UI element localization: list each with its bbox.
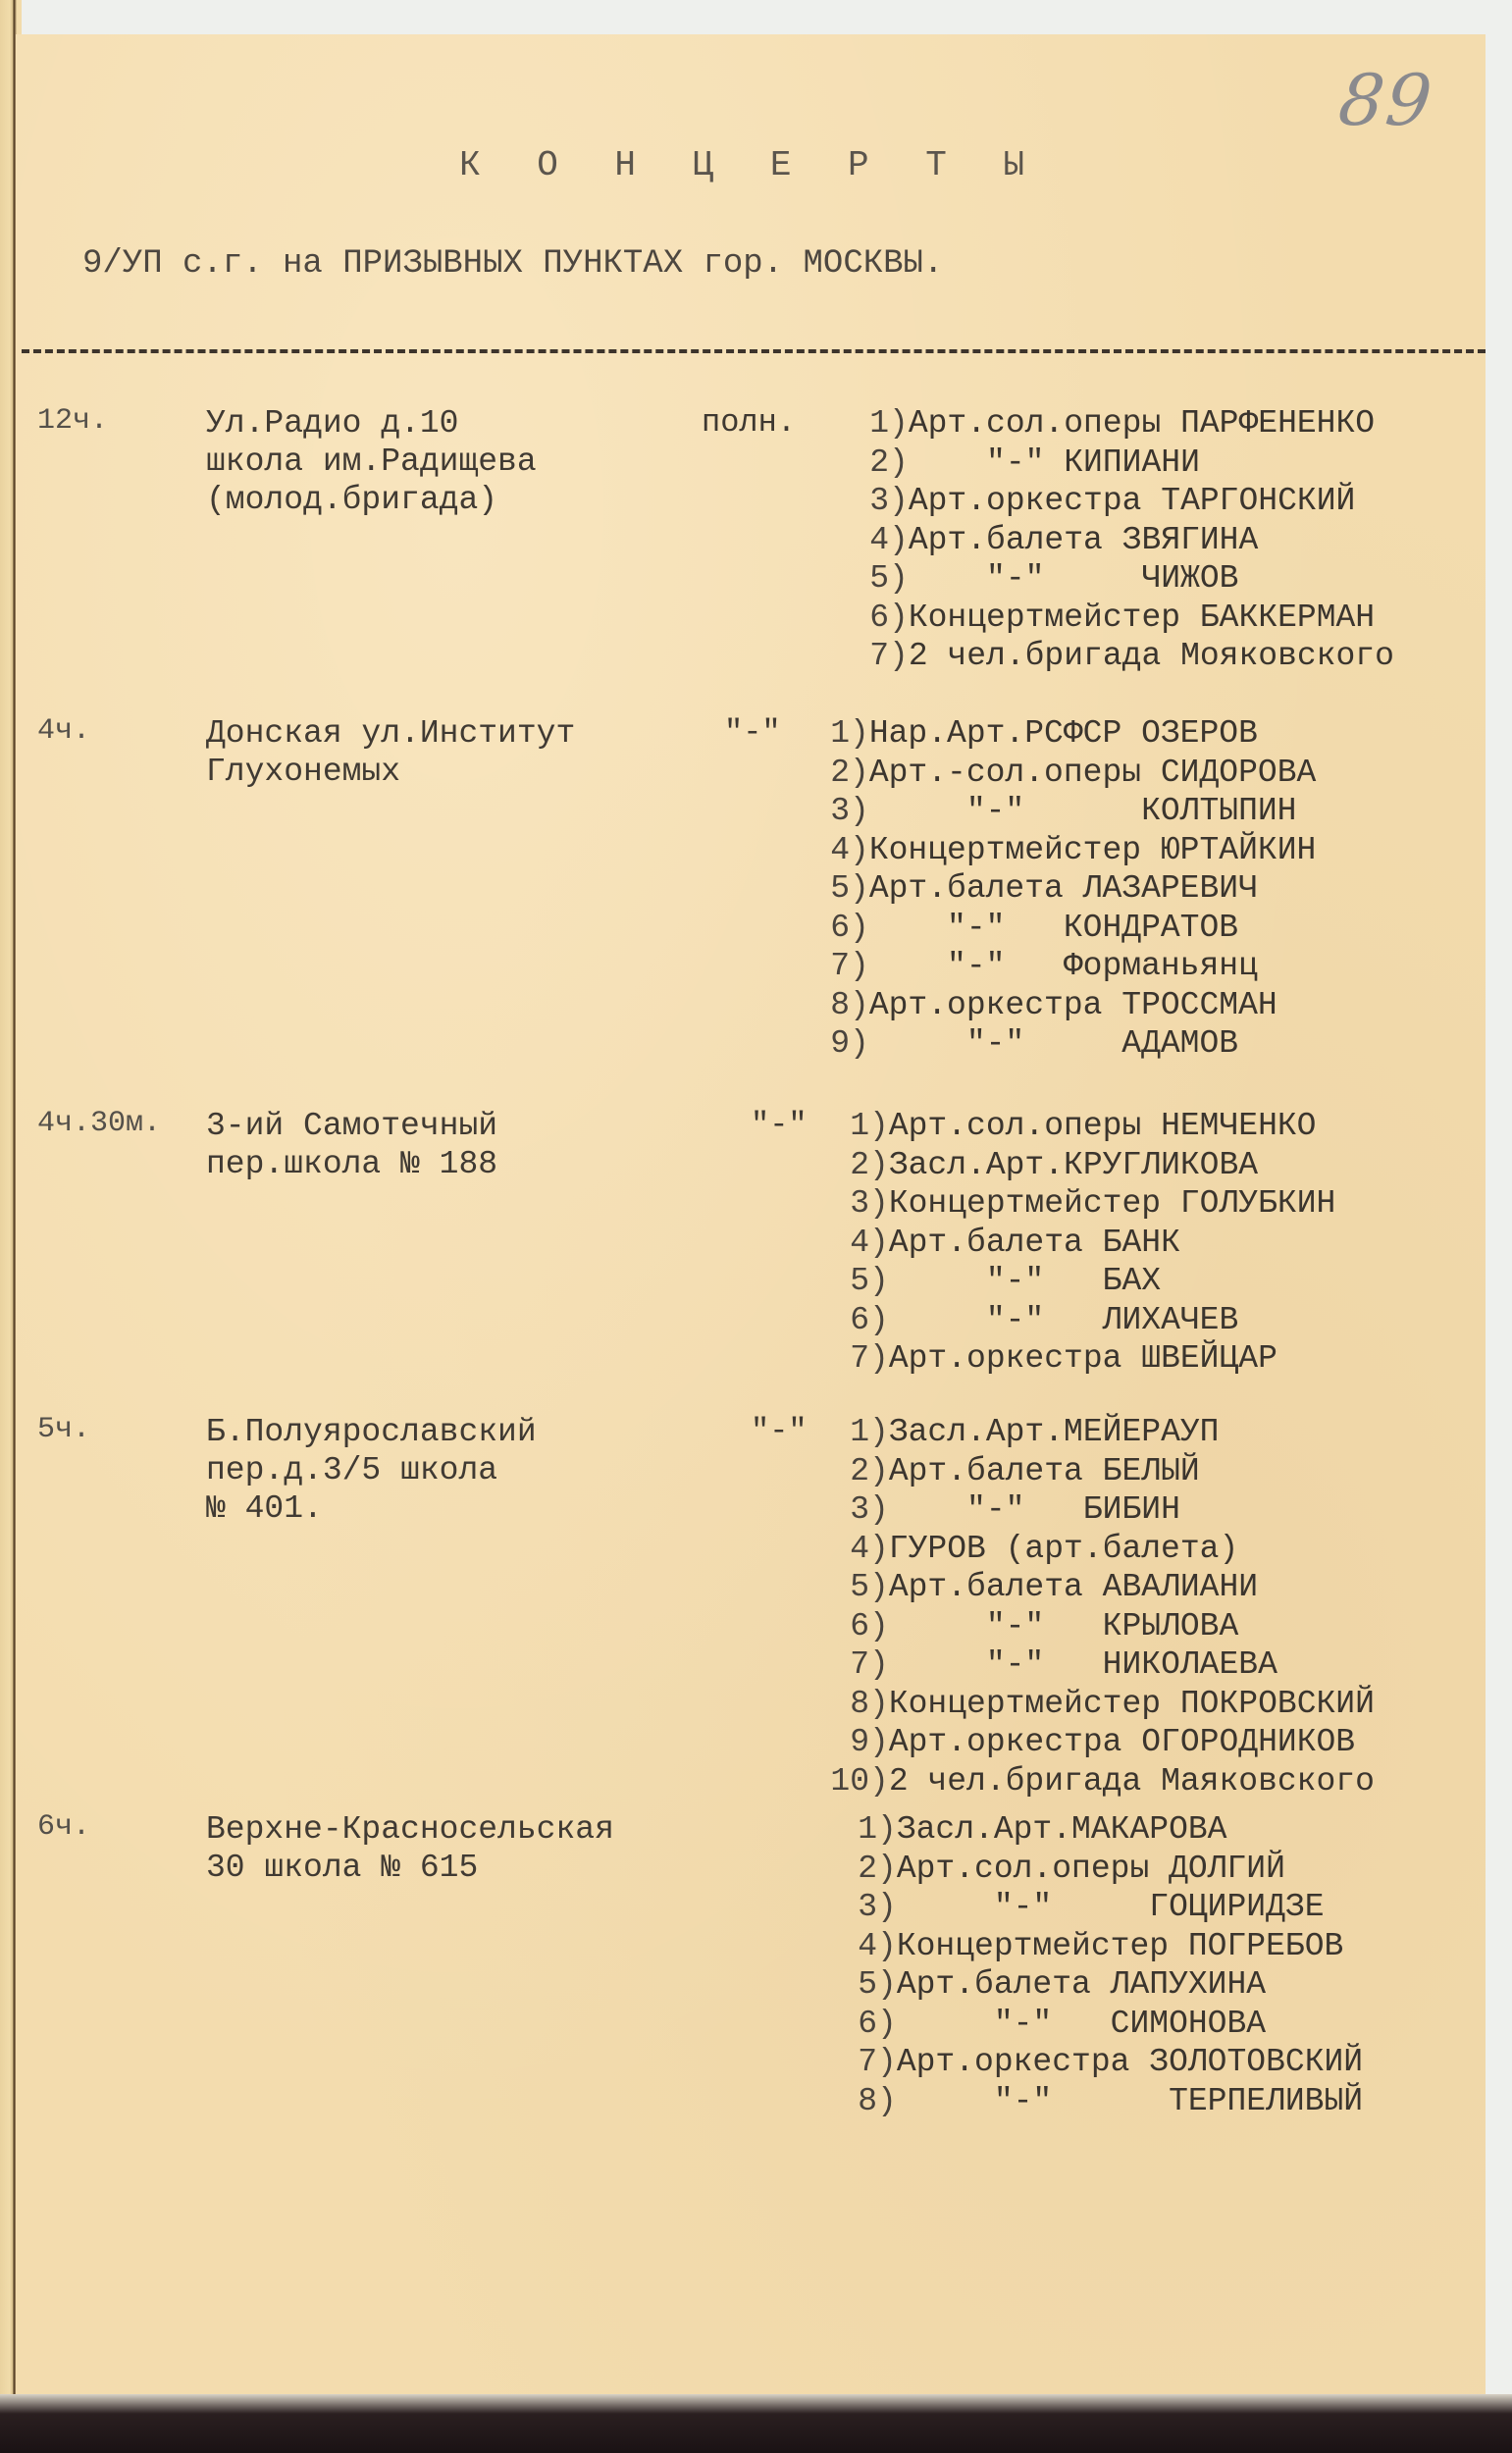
entry-number: 6 — [832, 2005, 877, 2044]
performer-role: Концертмейстер — [889, 1185, 1180, 1222]
performer-entry: 1)Засл.Арт.МАКАРОВА — [832, 1810, 1363, 1850]
concert-status: "-" — [751, 1107, 808, 1143]
performer-name: ЗВЯГИНА — [1122, 522, 1259, 558]
performer-entry: 7)2 чел.бригада Мояковского — [844, 637, 1394, 676]
concert-address: Ул.Радио д.10 школа им.Радищева (молод.б… — [206, 404, 537, 519]
performer-name: МЕЙЕРАУП — [1064, 1414, 1219, 1450]
performer-entry: 7)Арт.оркестра ШВЕЙЦАР — [824, 1339, 1335, 1379]
performer-list: 1)Засл.Арт.МАКАРОВА 2)Арт.сол.оперы ДОЛГ… — [832, 1810, 1363, 2120]
performer-name: ГУРОВ (арт.балета) — [889, 1531, 1238, 1567]
performer-name: БЕЛЫЙ — [1103, 1453, 1200, 1489]
performer-name: БАХ — [1103, 1263, 1161, 1299]
concert-status: "-" — [751, 1413, 808, 1449]
performer-name: АДАМОВ — [1121, 1025, 1238, 1062]
concert-status: "-" — [724, 714, 781, 751]
performer-entry: 9)Арт.оркестра ОГОРОДНИКОВ — [824, 1723, 1375, 1762]
performer-role: "-" — [869, 910, 1064, 946]
entry-number: 5 — [844, 559, 889, 599]
entry-number: 3 — [824, 1490, 869, 1530]
performer-entry: 2)Арт.-сол.оперы СИДОРОВА — [805, 754, 1316, 793]
performer-role: "-" — [889, 1491, 1083, 1528]
performer-name: СИМОНОВА — [1111, 2006, 1266, 2042]
performer-role: "-" — [889, 1608, 1103, 1644]
performer-role: 2 чел.бригада — [889, 1763, 1161, 1800]
performer-entry: 5)Арт.балета АВАЛИАНИ — [824, 1568, 1375, 1607]
performer-list: 1)Арт.сол.оперы ПАРФЕНЕНКО 2) "-" КИПИАН… — [844, 404, 1394, 676]
performer-role: Арт.балета — [889, 1453, 1103, 1489]
performer-entry: 1)Нар.Арт.РСФСР ОЗЕРОВ — [805, 714, 1316, 754]
performer-role: Засл.Арт. — [897, 1811, 1071, 1848]
entry-number: 5 — [805, 869, 850, 909]
address-line: пер.д.3/5 школа — [206, 1451, 537, 1489]
performer-name: ГОЛУБКИН — [1180, 1185, 1335, 1222]
performer-role: 2 чел.бригада — [909, 638, 1180, 674]
entry-number: 2 — [844, 444, 889, 483]
performer-role: Арт.сол.оперы — [897, 1851, 1169, 1887]
performer-entry: 4)Арт.балета БАНК — [824, 1224, 1335, 1263]
dashed-divider — [22, 349, 1486, 353]
page-number: 89 — [1335, 59, 1437, 141]
performer-entry: 9) "-" АДАМОВ — [805, 1024, 1316, 1064]
performer-role: Арт.оркестра — [897, 2044, 1149, 2080]
performer-name: КОНДРАТОВ — [1064, 910, 1238, 946]
performer-role: Концертмейстер — [909, 600, 1200, 636]
performer-name: КРУГЛИКОВА — [1064, 1147, 1258, 1183]
performer-entry: 3) "-" КОЛТЫПИН — [805, 792, 1316, 831]
performer-role: Концертмейстер — [897, 1928, 1188, 1964]
entry-number: 2 — [824, 1452, 869, 1491]
performer-entry: 6)Концертмейстер БАККЕРМАН — [844, 599, 1394, 638]
performer-role: "-" — [869, 948, 1064, 984]
performer-role: "-" — [889, 1302, 1103, 1338]
entry-number: 5 — [824, 1568, 869, 1607]
performer-name: БИБИН — [1083, 1491, 1180, 1528]
performer-list: 1)Арт.сол.оперы НЕМЧЕНКО 2)Засл.Арт.КРУГ… — [824, 1107, 1335, 1379]
entry-number: 8 — [805, 986, 850, 1025]
entry-number: 9 — [824, 1723, 869, 1762]
address-line: Донская ул.Институт — [206, 714, 575, 753]
entry-number: 1 — [832, 1810, 877, 1850]
performer-name: ГОЦИРИДЗЕ — [1149, 1889, 1324, 1925]
entry-number: 3 — [805, 792, 850, 831]
performer-name: НИКОЛАЕВА — [1103, 1646, 1277, 1683]
performer-name: БАККЕРМАН — [1200, 600, 1375, 636]
performer-entry: 3) "-" ГОЦИРИДЗЕ — [832, 1888, 1363, 1927]
entry-number: 9 — [805, 1024, 850, 1064]
entry-number: 4 — [824, 1224, 869, 1263]
entry-number: 2 — [832, 1850, 877, 1889]
performer-entry: 1)Арт.сол.оперы НЕМЧЕНКО — [824, 1107, 1335, 1146]
performer-role: "-" — [909, 444, 1064, 481]
performer-entry: 5) "-" ЧИЖОВ — [844, 559, 1394, 599]
performer-entry: 6) "-" СИМОНОВА — [832, 2005, 1363, 2044]
performer-name: ТЕРПЕЛИВЫЙ — [1169, 2083, 1363, 2119]
entry-number: 5 — [832, 1965, 877, 2005]
performer-name: ПАРФЕНЕНКО — [1180, 405, 1375, 442]
performer-name: Маяковского — [1161, 1763, 1375, 1800]
performer-name: НЕМЧЕНКО — [1161, 1108, 1316, 1144]
concert-address: Донская ул.Институт Глухонемых — [206, 714, 575, 791]
performer-entry: 8)Арт.оркестра ТРОССМАН — [805, 986, 1316, 1025]
performer-name: ЛАПУХИНА — [1111, 1966, 1266, 2003]
performer-role: Арт.сол.оперы — [889, 1108, 1161, 1144]
concert-address: Верхне-Красносельская 30 школа № 615 — [206, 1810, 614, 1887]
entry-number: 4 — [824, 1530, 869, 1569]
performer-list: 1)Нар.Арт.РСФСР ОЗЕРОВ 2)Арт.-сол.оперы … — [805, 714, 1316, 1064]
performer-entry: 2)Арт.балета БЕЛЫЙ — [824, 1452, 1375, 1491]
performer-entry: 7)Арт.оркестра ЗОЛОТОВСКИЙ — [832, 2043, 1363, 2082]
performer-entry: 6) "-" КРЫЛОВА — [824, 1607, 1375, 1646]
performer-role: "-" — [897, 2083, 1169, 2119]
entry-number: 4 — [844, 521, 889, 560]
performer-name: Мояковского — [1180, 638, 1394, 674]
performer-entry: 6) "-" КОНДРАТОВ — [805, 909, 1316, 948]
entry-number: 3 — [832, 1888, 877, 1927]
concert-time: 5ч. — [37, 1413, 90, 1446]
entry-number: 4 — [805, 831, 850, 870]
performer-name: МАКАРОВА — [1071, 1811, 1226, 1848]
entry-number: 3 — [844, 482, 889, 521]
performer-entry: 2) "-" КИПИАНИ — [844, 444, 1394, 483]
entry-number: 10 — [824, 1762, 869, 1801]
entry-number: 8 — [824, 1685, 869, 1724]
performer-name: ЛИХАЧЕВ — [1103, 1302, 1239, 1338]
concert-time: 4ч.30м. — [37, 1107, 161, 1140]
performer-role: Арт.балета — [889, 1225, 1103, 1261]
concert-address: 3-ий Самотечный пер.школа № 188 — [206, 1107, 497, 1183]
performer-role: Арт.сол.оперы — [909, 405, 1180, 442]
scan-background — [0, 2394, 1512, 2453]
performer-entry: 5)Арт.балета ЛАПУХИНА — [832, 1965, 1363, 2005]
performer-entry: 4)Концертмейстер ЮРТАЙКИН — [805, 831, 1316, 870]
concert-address: Б.Полуярославский пер.д.3/5 школа № 401. — [206, 1413, 537, 1528]
performer-entry: 3) "-" БИБИН — [824, 1490, 1375, 1530]
performer-role: Засл.Арт. — [889, 1414, 1064, 1450]
entry-number: 2 — [805, 754, 850, 793]
performer-entry: 4)ГУРОВ (арт.балета) — [824, 1530, 1375, 1569]
performer-role: "-" — [869, 1025, 1121, 1062]
performer-name: ЛАЗАРЕВИЧ — [1083, 870, 1258, 907]
entry-number: 7 — [832, 2043, 877, 2082]
performer-entry: 7) "-" Форманьянц — [805, 947, 1316, 986]
entry-number: 7 — [805, 947, 850, 986]
entry-number: 8 — [832, 2082, 877, 2121]
performer-entry: 6) "-" ЛИХАЧЕВ — [824, 1301, 1335, 1340]
address-line: пер.школа № 188 — [206, 1145, 497, 1183]
performer-role: Арт.балета — [909, 522, 1122, 558]
performer-role: "-" — [897, 1889, 1149, 1925]
address-line: № 401. — [206, 1489, 537, 1528]
performer-name: ЧИЖОВ — [1141, 560, 1238, 597]
performer-name: ТАРГОНСКИЙ — [1161, 483, 1355, 519]
performer-role: Концертмейстер — [869, 832, 1161, 868]
entry-number: 3 — [824, 1184, 869, 1224]
performer-name: ОГОРОДНИКОВ — [1141, 1724, 1355, 1760]
entry-number: 2 — [824, 1146, 869, 1185]
document-title: К О Н Ц Е Р Т Ы — [459, 145, 1042, 185]
performer-role: Засл.Арт. — [889, 1147, 1064, 1183]
performer-role: "-" — [889, 1263, 1103, 1299]
performer-name: ШВЕЙЦАР — [1141, 1340, 1277, 1377]
concert-time: 4ч. — [37, 714, 90, 748]
performer-entry: 4)Арт.балета ЗВЯГИНА — [844, 521, 1394, 560]
entry-number: 6 — [844, 599, 889, 638]
performer-entry: 10)2 чел.бригада Маяковского — [824, 1762, 1375, 1801]
performer-entry: 8)Концертмейстер ПОКРОВСКИЙ — [824, 1685, 1375, 1724]
performer-entry: 1)Арт.сол.оперы ПАРФЕНЕНКО — [844, 404, 1394, 444]
performer-entry: 7) "-" НИКОЛАЕВА — [824, 1645, 1375, 1685]
performer-role: Арт.-сол.оперы — [869, 755, 1161, 791]
concert-time: 12ч. — [37, 404, 108, 438]
performer-list: 1)Засл.Арт.МЕЙЕРАУП 2)Арт.балета БЕЛЫЙ 3… — [824, 1413, 1375, 1801]
entry-number: 7 — [824, 1645, 869, 1685]
address-line: Ул.Радио д.10 — [206, 404, 537, 443]
performer-entry: 3)Арт.оркестра ТАРГОНСКИЙ — [844, 482, 1394, 521]
performer-role: Концертмейстер — [889, 1686, 1180, 1722]
performer-name: КРЫЛОВА — [1103, 1608, 1239, 1644]
performer-role: Арт.балета — [897, 1966, 1111, 2003]
entry-number: 6 — [805, 909, 850, 948]
performer-role: Арт.оркестра — [909, 483, 1161, 519]
performer-role: Арт.оркестра — [869, 987, 1121, 1023]
entry-number: 7 — [844, 637, 889, 676]
address-line: 30 школа № 615 — [206, 1849, 614, 1887]
performer-name: ПОКРОВСКИЙ — [1180, 1686, 1375, 1722]
performer-name: АВАЛИАНИ — [1103, 1569, 1258, 1605]
entry-number: 1 — [824, 1413, 869, 1452]
address-line: школа им.Радищева — [206, 443, 537, 481]
performer-role: Арт.балета — [889, 1569, 1103, 1605]
address-line: (молод.бригада) — [206, 481, 537, 519]
performer-role: Арт.оркестра — [889, 1340, 1141, 1377]
performer-role: "-" — [909, 560, 1142, 597]
performer-role: "-" — [897, 2006, 1111, 2042]
entry-number: 1 — [844, 404, 889, 444]
performer-name: ПОГРЕБОВ — [1188, 1928, 1343, 1964]
performer-name: СИДОРОВА — [1161, 755, 1316, 791]
address-line: Верхне-Красносельская — [206, 1810, 614, 1849]
performer-name: ДОЛГИЙ — [1169, 1851, 1285, 1887]
performer-entry: 2)Арт.сол.оперы ДОЛГИЙ — [832, 1850, 1363, 1889]
entry-number: 5 — [824, 1262, 869, 1301]
performer-entry: 4)Концертмейстер ПОГРЕБОВ — [832, 1927, 1363, 1966]
address-line: Б.Полуярославский — [206, 1413, 537, 1451]
entry-number: 6 — [824, 1301, 869, 1340]
concert-time: 6ч. — [37, 1810, 90, 1844]
performer-role: Нар.Арт.РСФСР — [869, 715, 1141, 752]
performer-entry: 2)Засл.Арт.КРУГЛИКОВА — [824, 1146, 1335, 1185]
performer-role: "-" — [869, 793, 1141, 829]
performer-name: БАНК — [1103, 1225, 1180, 1261]
concert-status: полн. — [702, 404, 796, 441]
performer-name: Форманьянц — [1064, 948, 1258, 984]
performer-name: КИПИАНИ — [1064, 444, 1200, 481]
performer-entry: 8) "-" ТЕРПЕЛИВЫЙ — [832, 2082, 1363, 2121]
address-line: Глухонемых — [206, 753, 575, 791]
performer-entry: 1)Засл.Арт.МЕЙЕРАУП — [824, 1413, 1375, 1452]
entry-number: 1 — [824, 1107, 869, 1146]
performer-name: ЗОЛОТОВСКИЙ — [1149, 2044, 1363, 2080]
performer-name: ЮРТАЙКИН — [1161, 832, 1316, 868]
performer-name: ТРОССМАН — [1121, 987, 1277, 1023]
entry-number: 6 — [824, 1607, 869, 1646]
performer-entry: 5) "-" БАХ — [824, 1262, 1335, 1301]
entry-number: 7 — [824, 1339, 869, 1379]
entry-number: 1 — [805, 714, 850, 754]
address-line: 3-ий Самотечный — [206, 1107, 497, 1145]
document-subtitle: 9/УП с.г. на ПРИЗЫВНЫХ ПУНКТАХ гор. МОСК… — [82, 245, 943, 283]
performer-role: Арт.оркестра — [889, 1724, 1141, 1760]
performer-entry: 3)Концертмейстер ГОЛУБКИН — [824, 1184, 1335, 1224]
performer-role: Арт.балета — [869, 870, 1083, 907]
performer-entry: 5)Арт.балета ЛАЗАРЕВИЧ — [805, 869, 1316, 909]
performer-name: ОЗЕРОВ — [1141, 715, 1258, 752]
performer-name: КОЛТЫПИН — [1141, 793, 1296, 829]
entry-number: 4 — [832, 1927, 877, 1966]
performer-role: "-" — [889, 1646, 1103, 1683]
